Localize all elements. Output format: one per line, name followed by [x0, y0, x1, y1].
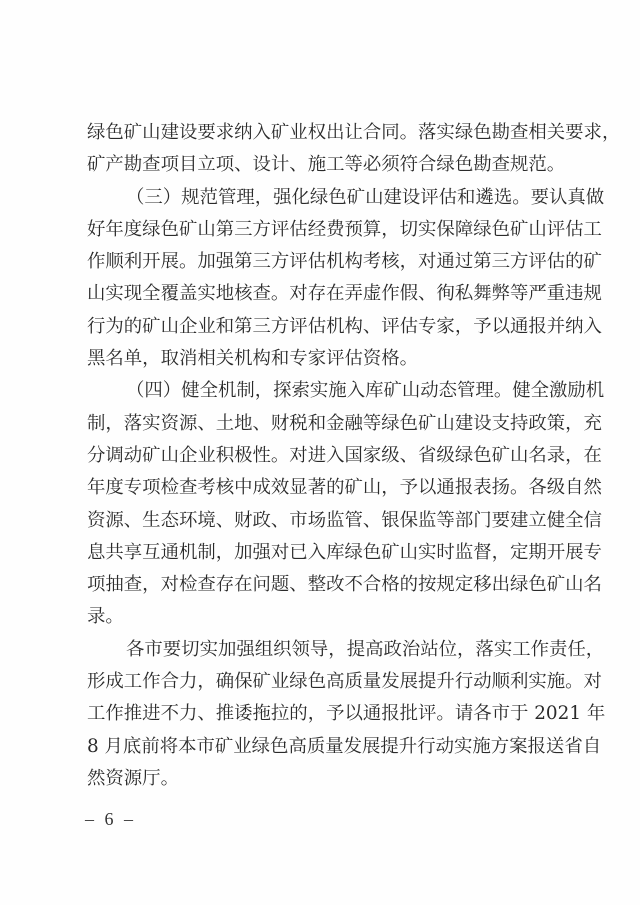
section-heading-line: （四）健全机制，探索实施入库矿山动态管理。健全激励机	[87, 375, 563, 407]
text-line: 黑名单，取消相关机构和专家评估资格。	[87, 343, 563, 375]
document-body: 绿色矿山建设要求纳入矿业权出让合同。落实绿色勘查相关要求， 矿产勘查项目立项、设…	[87, 117, 563, 795]
text-line: 录。	[87, 601, 563, 633]
text-line: 作顺利开展。加强第三方评估机构考核，对通过第三方评估的矿	[87, 246, 563, 278]
text-line: 行为的矿山企业和第三方评估机构、评估专家，予以通报并纳入	[87, 311, 563, 343]
text-line: 资源、生态环境、财政、市场监管、银保监等部门要建立健全信	[87, 505, 563, 537]
text-line: 项抽查，对检查存在问题、整改不合格的按规定移出绿色矿山名	[87, 569, 563, 601]
text-line: 形成工作合力，确保矿业绿色高质量发展提升行动顺利实施。对	[87, 666, 563, 698]
text-line: 各市要切实加强组织领导，提高政治站位，落实工作责任，	[87, 634, 563, 666]
document-page: 绿色矿山建设要求纳入矿业权出让合同。落实绿色勘查相关要求， 矿产勘查项目立项、设…	[0, 0, 640, 905]
text-line: 矿产勘查项目立项、设计、施工等必须符合绿色勘查规范。	[87, 149, 563, 181]
text-line: 山实现全覆盖实地核查。对存在弄虚作假、徇私舞弊等严重违规	[87, 278, 563, 310]
text-line: 然资源厅。	[87, 763, 563, 795]
page-number: – 6 –	[85, 809, 136, 830]
text-line: 制，落实资源、土地、财税和金融等绿色矿山建设支持政策，充	[87, 408, 563, 440]
text-line: 好年度绿色矿山第三方评估经费预算，切实保障绿色矿山评估工	[87, 214, 563, 246]
text-line: 8 月底前将本市矿业绿色高质量发展提升行动实施方案报送省自	[87, 731, 563, 763]
text-line: 工作推进不力、推诿拖拉的，予以通报批评。请各市于 2021 年	[87, 698, 563, 730]
text-line: 息共享互通机制，加强对已入库绿色矿山实时监督，定期开展专	[87, 537, 563, 569]
text-line: 年度专项检查考核中成效显著的矿山，予以通报表扬。各级自然	[87, 472, 563, 504]
section-heading-line: （三）规范管理，强化绿色矿山建设评估和遴选。要认真做	[87, 182, 563, 214]
text-line: 分调动矿山企业积极性。对进入国家级、省级绿色矿山名录，在	[87, 440, 563, 472]
text-line: 绿色矿山建设要求纳入矿业权出让合同。落实绿色勘查相关要求，	[87, 117, 563, 149]
